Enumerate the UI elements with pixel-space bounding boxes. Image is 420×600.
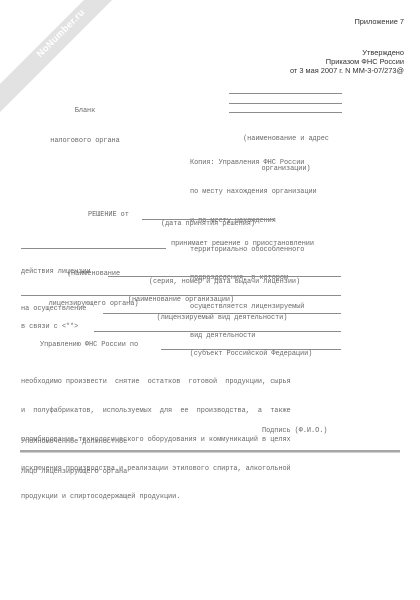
addressee-line-2 — [229, 103, 342, 104]
blank-line: Бланк — [20, 106, 150, 116]
approval-block: Утверждено Приказом ФНС России от 3 мая … — [290, 48, 404, 75]
organization-caption: (наименование организации) — [21, 296, 341, 304]
bottom-rule — [20, 450, 400, 453]
paragraph-line: необходимо произвести снятие остатков го… — [21, 378, 291, 388]
reason-label: в связи с <**> — [21, 323, 78, 331]
reason-field[interactable] — [94, 331, 341, 332]
blank-line: налогового органа — [20, 136, 150, 146]
official-line: лицо лицензирующего органа — [21, 467, 127, 477]
decision-label: РЕШЕНИЕ от — [88, 211, 129, 219]
approval-line: Приказом ФНС России — [290, 57, 404, 66]
activity-caption: (лицензируемый вид деятельности) — [103, 314, 341, 322]
paragraph-line: и полуфабрикатов, используемых для ее пр… — [21, 407, 291, 417]
copy-note-line: Копия: Управления ФНС России — [190, 159, 317, 169]
decision-date-caption: (дата принятия решения) — [142, 220, 274, 228]
license-field[interactable] — [108, 276, 341, 277]
license-caption: (серия, номер и дата выдачи лицензии) — [108, 278, 341, 286]
copy-note-line: вид деятельности — [190, 332, 317, 342]
approval-line: от 3 мая 2007 г. N ММ-3-07/273@ — [290, 66, 404, 75]
addressee-line-1 — [229, 93, 342, 94]
copy-note-line: по месту нахождения организации — [190, 188, 317, 198]
activity-label: на осуществление — [21, 305, 86, 313]
paragraph-line: продукции и спиртосодержащей продукции. — [21, 493, 291, 503]
signature-label: Подпись (Ф.И.О.) — [262, 427, 327, 435]
official-line: Уполномоченное должностное — [21, 437, 127, 447]
addressee-line-3 — [229, 112, 342, 113]
license-label: действия лицензии — [21, 268, 90, 276]
approval-line: Утверждено — [290, 48, 404, 57]
ufns-label: Управлению ФНС России по — [40, 341, 138, 349]
subject-caption: (субъект Российской Федерации) — [161, 350, 341, 358]
copy-note-line: осуществляется лицензируемый — [190, 303, 317, 313]
suspend-text: принимает решение о приостановлении — [171, 240, 314, 248]
tax-authority-blank: Бланк налогового органа — [20, 86, 150, 156]
appendix-label: Приложение 7 — [354, 17, 404, 26]
